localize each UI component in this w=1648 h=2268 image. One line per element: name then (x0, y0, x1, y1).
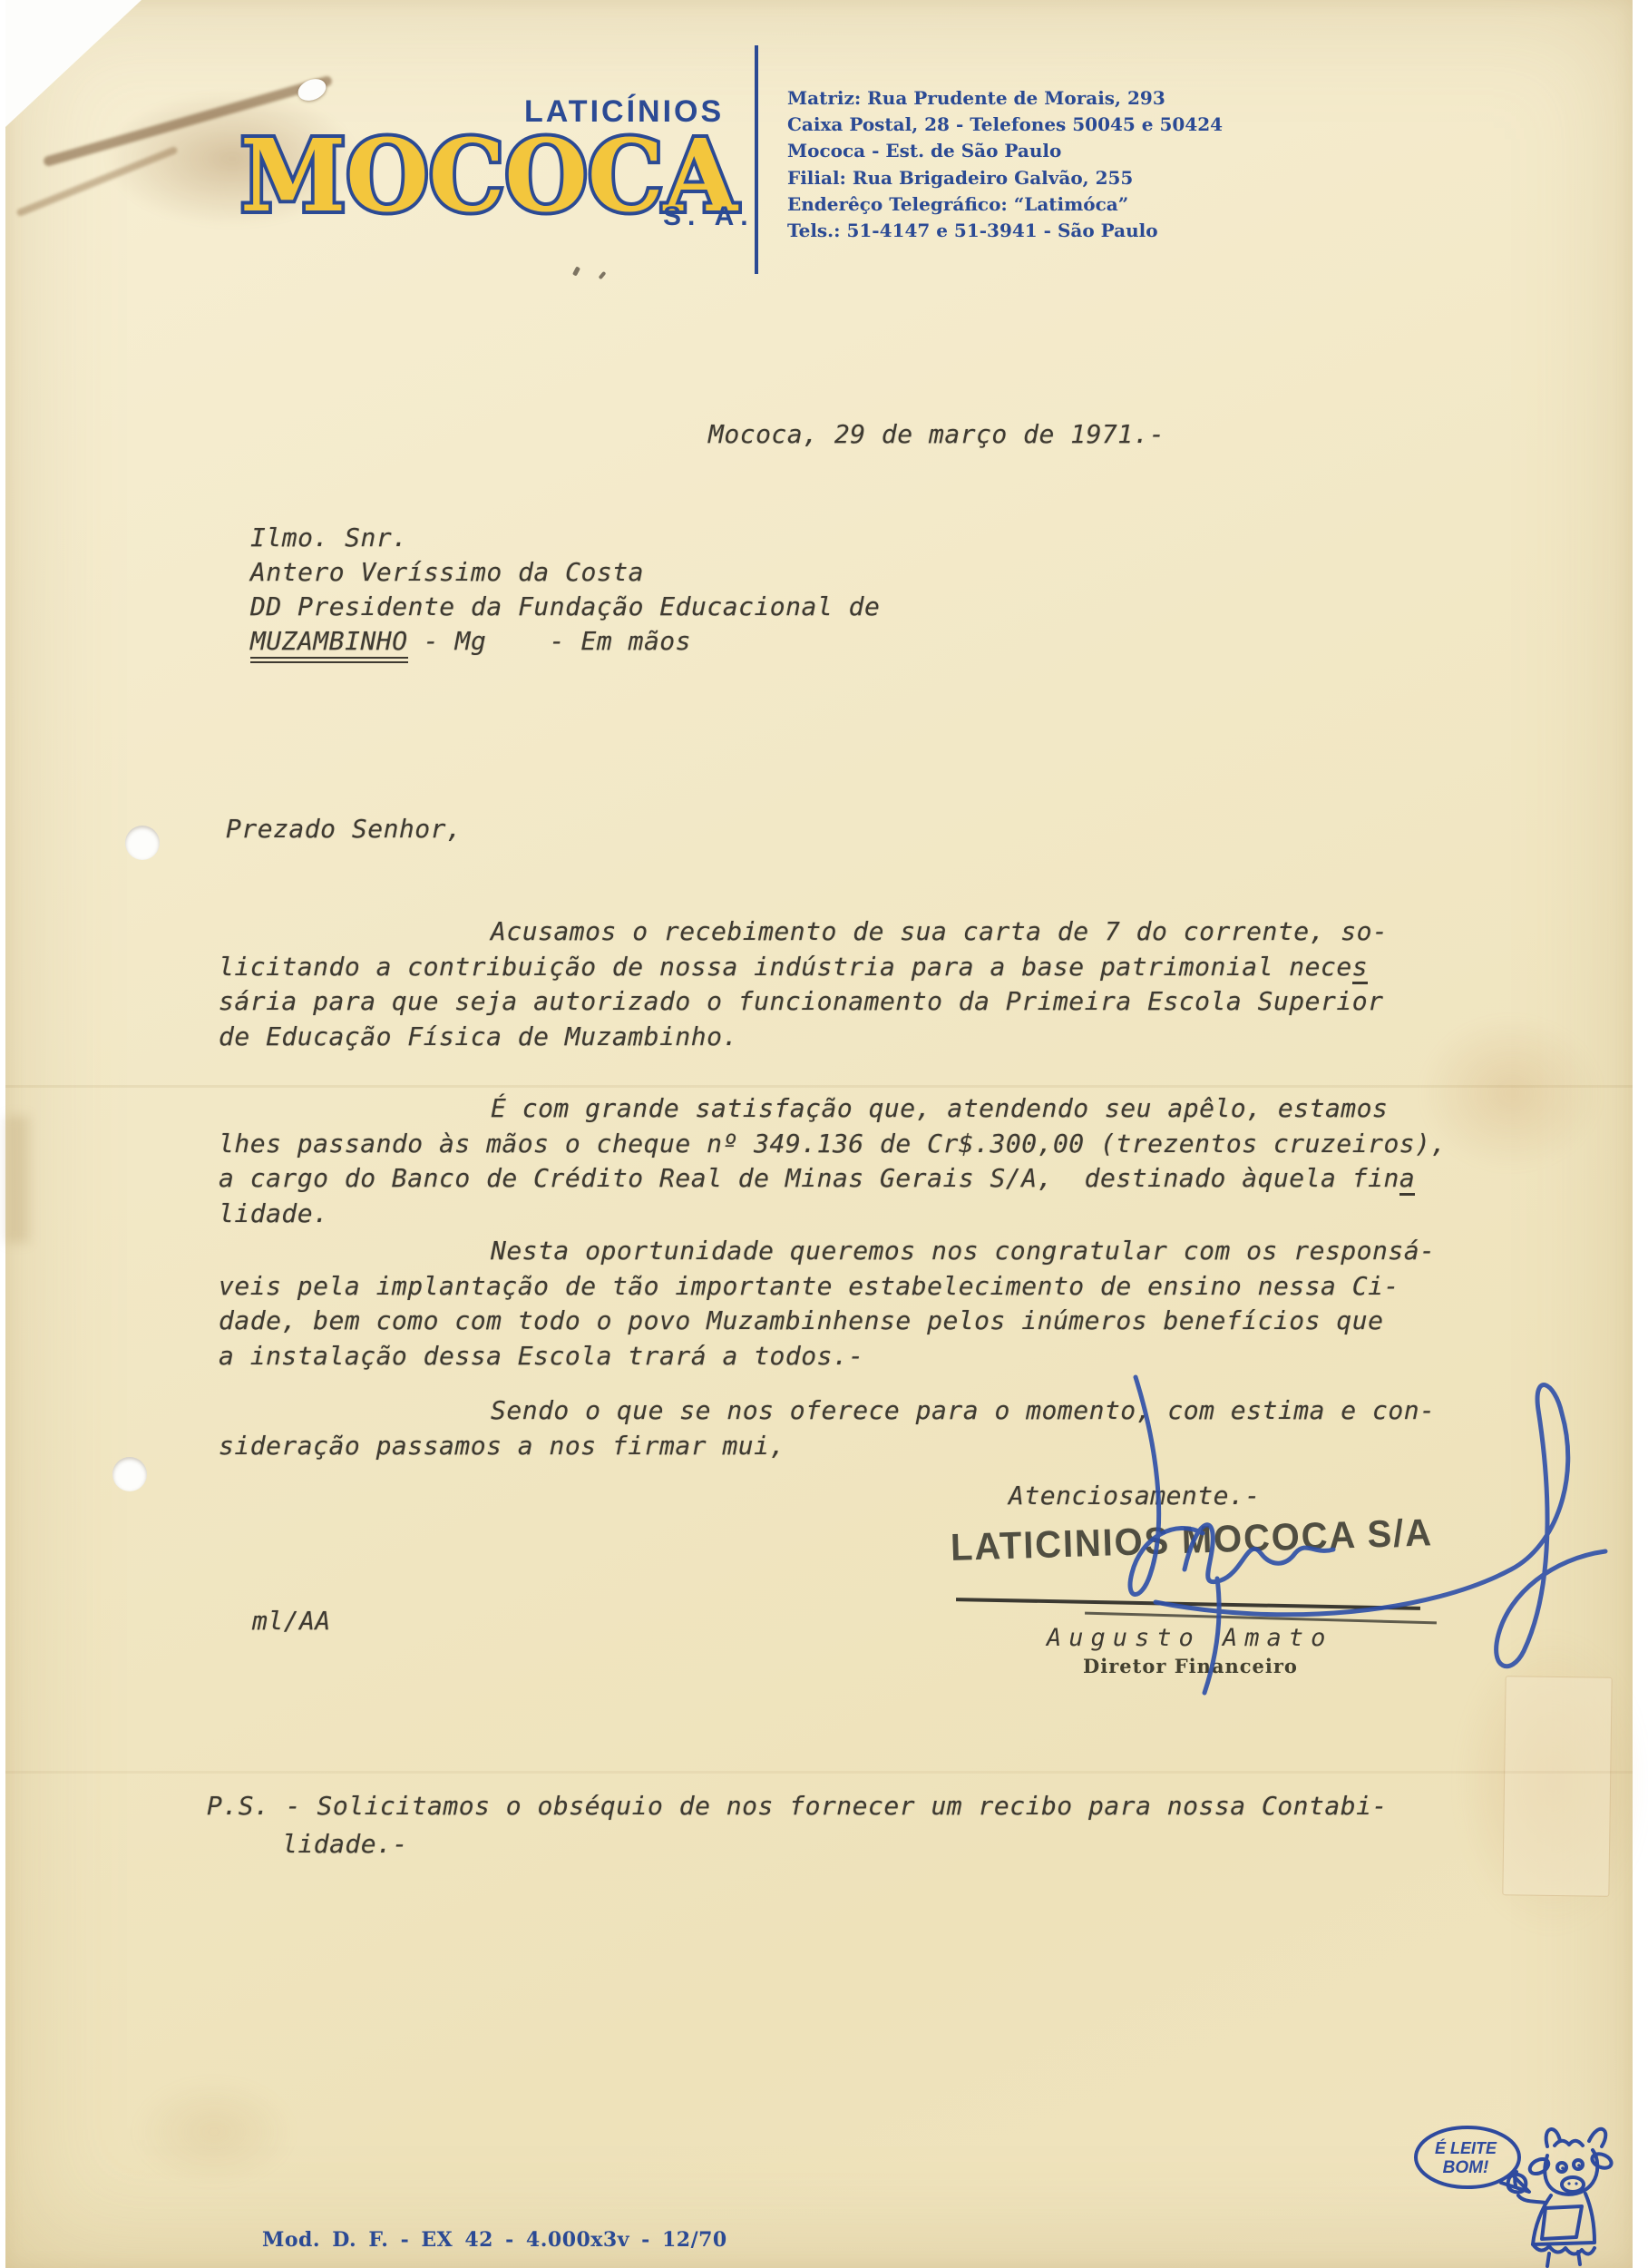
typewritten-line: sária para que seja autorizado o funcion… (219, 984, 1388, 1020)
scanned-letter: LATICÍNIOS MOCOCA S. A. Matriz: Rua Prud… (0, 0, 1648, 2268)
address-line: Tels.: 51-4147 e 51-3941 - São Paulo (787, 218, 1158, 244)
stain-bottom-left (132, 2077, 296, 2186)
ink-speck (572, 266, 580, 276)
typewritten-line: de Educação Física de Muzambinho. (219, 1020, 1388, 1055)
date-line: Mococa, 29 de março de 1971.- (708, 417, 1165, 453)
typewritten-line: lhes passando às mãos o cheque nº 349.13… (219, 1127, 1447, 1162)
typewritten-line: Acusamos o recebimento de sua carta de 7… (219, 914, 1388, 950)
brand-sa-label: S. A. (663, 201, 755, 232)
form-code-footer: Mod. D. F. - EX 42 - 4.000x3v - 12/70 (262, 2228, 727, 2252)
paper-crease (5, 1085, 1633, 1088)
paragraph-1: Acusamos o recebimento de sua carta de 7… (219, 914, 1388, 1054)
ink-speck (599, 271, 607, 279)
paragraph-2: É com grande satisfação que, atendendo s… (219, 1091, 1447, 1231)
address-line: Matriz: Rua Prudente de Morais, 293 (787, 85, 1223, 112)
typewritten-line: DD Presidente da Fundação Educacional de (250, 590, 880, 624)
typewritten-line: dade, bem como com todo o povo Muzambinh… (219, 1304, 1435, 1339)
typewritten-line: MUZAMBINHO - Mg - Em mãos (250, 624, 880, 659)
paper-crease (5, 1771, 1633, 1774)
salutation: Prezado Senhor, (226, 812, 462, 847)
speech-bubble (1416, 2127, 1519, 2187)
letterhead-matriz-address: Matriz: Rua Prudente de Morais, 293 Caix… (787, 85, 1223, 164)
postscript-line-2: lidade.- (282, 1827, 408, 1862)
typewritten-line: Ilmo. Snr. (250, 521, 880, 555)
stain-right-middle (1420, 1016, 1602, 1170)
typewritten-line: lidade. (219, 1197, 1447, 1232)
edge-fold-shadow (5, 1116, 29, 1243)
mascot-bubble-text: BOM! (1443, 2158, 1489, 2177)
postscript-line-1: P.S. - Solicitamos o obséquio de nos for… (207, 1789, 1388, 1824)
typewritten-line: licitando a contribuição de nossa indúst… (219, 950, 1388, 985)
address-line: Mococa - Est. de São Paulo (787, 138, 1223, 164)
torn-corner (5, 0, 141, 127)
punch-hole (125, 826, 160, 860)
tear-streak (15, 146, 178, 218)
mascot-bubble-text: É LEITE (1435, 2138, 1497, 2157)
mascot-cow-stamp: É LEITE BOM! (1409, 2116, 1636, 2268)
punch-hole (112, 1457, 147, 1491)
letterhead-filial-address: Filial: Rua Brigadeiro Galvão, 255 Ender… (787, 165, 1158, 244)
letter-paper: LATICÍNIOS MOCOCA S. A. Matriz: Rua Prud… (5, 0, 1633, 2268)
typewritten-line: Nesta oportunidade queremos nos congratu… (219, 1234, 1435, 1269)
address-line: Caixa Postal, 28 - Telefones 50045 e 504… (787, 112, 1223, 138)
typewritten-line: É com grande satisfação que, atendendo s… (219, 1091, 1447, 1127)
recipient-block: Ilmo. Snr.Antero Veríssimo da CostaDD Pr… (250, 521, 880, 659)
typewritten-line: a cargo do Banco de Crédito Real de Mina… (219, 1161, 1447, 1197)
address-line: Filial: Rua Brigadeiro Galvão, 255 (787, 165, 1158, 191)
typewritten-line: Antero Veríssimo da Costa (250, 555, 880, 590)
reference-initials: ml/AA (252, 1604, 331, 1639)
address-line: Enderêço Telegráfico: “Latimóca” (787, 191, 1158, 218)
typewritten-line: veis pela implantação de tão importante … (219, 1269, 1435, 1305)
handwritten-signature (1048, 1341, 1638, 1722)
letterhead-divider (755, 45, 758, 274)
